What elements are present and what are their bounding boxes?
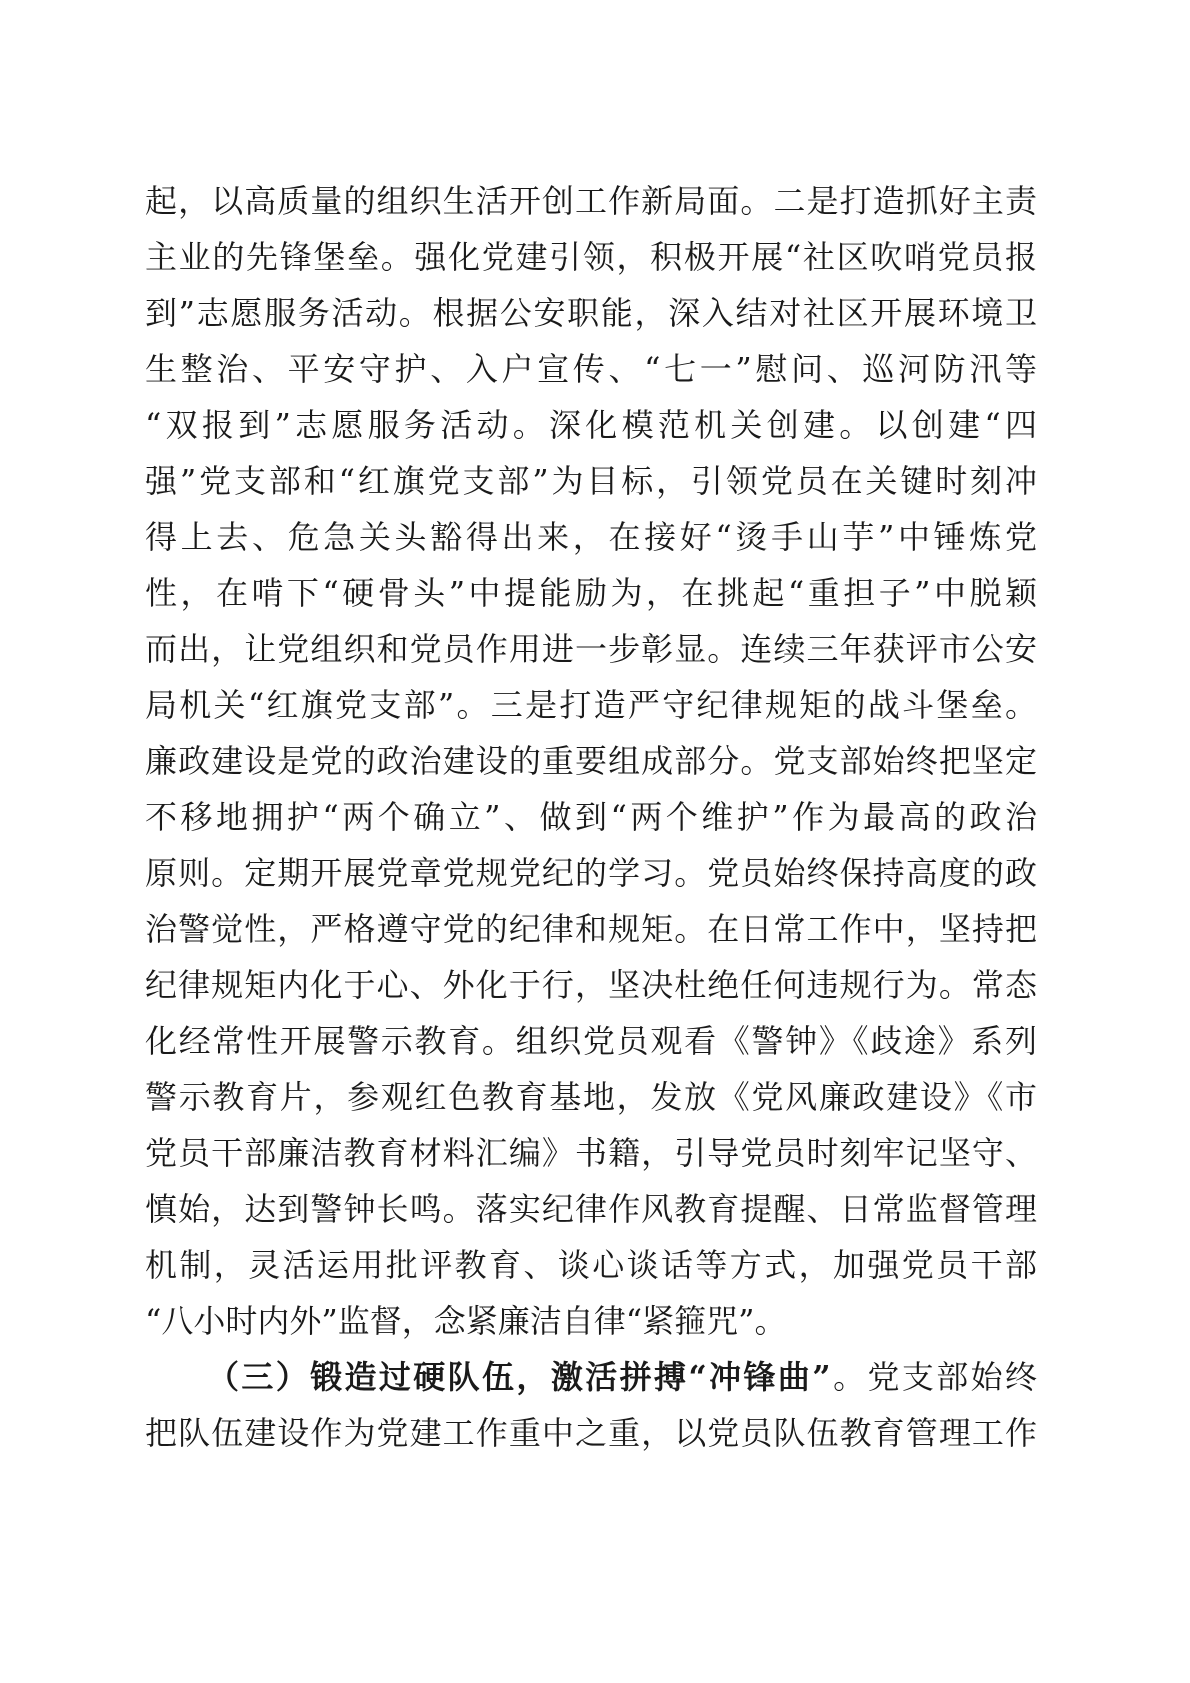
text-line: 不移地拥护“两个确立”、做到“两个维护”作为最高的政治 bbox=[145, 789, 1037, 845]
text-line: 机制，灵活运用批评教育、谈心谈话等方式，加强党员干部 bbox=[145, 1237, 1037, 1293]
text-line: 治警觉性，严格遵守党的纪律和规矩。在日常工作中，坚持把 bbox=[145, 901, 1037, 957]
document-page: 起，以高质量的组织生活开创工作新局面。二是打造抓好主责 主业的先锋堡垒。强化党建… bbox=[0, 0, 1190, 1683]
text-line: 慎始，达到警钟长鸣。落实纪律作风教育提醒、日常监督管理 bbox=[145, 1181, 1037, 1237]
text-line: 起，以高质量的组织生活开创工作新局面。二是打造抓好主责 bbox=[145, 173, 1037, 229]
text-line: 而出，让党组织和党员作用进一步彰显。连续三年获评市公安 bbox=[145, 621, 1037, 677]
text-line: 廉政建设是党的政治建设的重要组成部分。党支部始终把坚定 bbox=[145, 733, 1037, 789]
section-heading: （三）锻造过硬队伍，激活拼搏“冲锋曲” bbox=[207, 1358, 831, 1396]
text-line: 主业的先锋堡垒。强化党建引领，积极开展“社区吹哨党员报 bbox=[145, 229, 1037, 285]
text-line: 党员干部廉洁教育材料汇编》书籍，引导党员时刻牢记坚守、 bbox=[145, 1125, 1037, 1181]
text-line: 纪律规矩内化于心、外化于行，坚决杜绝任何违规行为。常态 bbox=[145, 957, 1037, 1013]
text-line: 化经常性开展警示教育。组织党员观看《警钟》《歧途》系列 bbox=[145, 1013, 1037, 1069]
text-line: 得上去、危急关头豁得出来，在接好“烫手山芋”中锤炼党 bbox=[145, 509, 1037, 565]
text-line: 局机关“红旗党支部”。三是打造严守纪律规矩的战斗堡垒。 bbox=[145, 677, 1037, 733]
text-line: 生整治、平安守护、入户宣传、“七一”慰问、巡河防汛等 bbox=[145, 341, 1037, 397]
section-heading-continuation: 。党支部始终 bbox=[831, 1358, 1037, 1396]
text-line: “双报到”志愿服务活动。深化模范机关创建。以创建“四 bbox=[145, 397, 1037, 453]
paragraph-end-line: “八小时内外”监督，念紧廉洁自律“紧箍咒”。 bbox=[145, 1293, 1037, 1349]
text-line: 把队伍建设作为党建工作重中之重，以党员队伍教育管理工作 bbox=[145, 1405, 1037, 1461]
text-line: 原则。定期开展党章党规党纪的学习。党员始终保持高度的政 bbox=[145, 845, 1037, 901]
text-line: 到”志愿服务活动。根据公安职能，深入结对社区开展环境卫 bbox=[145, 285, 1037, 341]
text-line: 性，在啃下“硬骨头”中提能励为，在挑起“重担子”中脱颖 bbox=[145, 565, 1037, 621]
text-line: 强”党支部和“红旗党支部”为目标，引领党员在关键时刻冲 bbox=[145, 453, 1037, 509]
text-column: 起，以高质量的组织生活开创工作新局面。二是打造抓好主责 主业的先锋堡垒。强化党建… bbox=[145, 173, 1037, 1461]
text-line: 警示教育片，参观红色教育基地，发放《党风廉政建设》《市 bbox=[145, 1069, 1037, 1125]
text-line: （三）锻造过硬队伍，激活拼搏“冲锋曲”。党支部始终 bbox=[145, 1349, 1037, 1405]
